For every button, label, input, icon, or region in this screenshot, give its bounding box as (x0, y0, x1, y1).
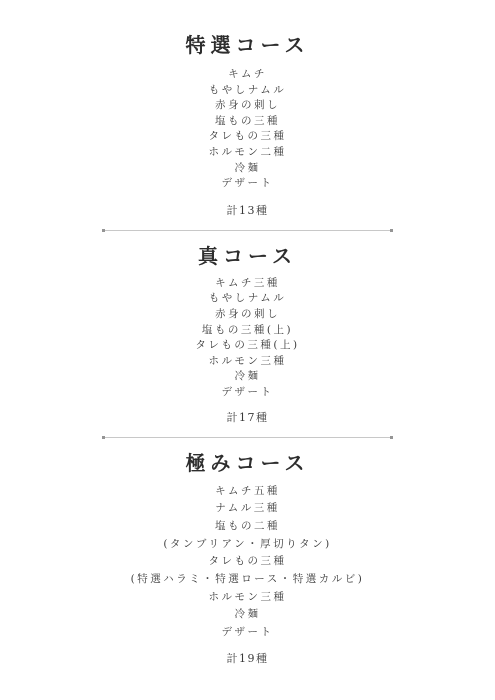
menu-item: 塩もの三種 (0, 114, 495, 130)
course-section-kiwami: 極みコース キムチ五種 ナムル三種 塩もの二種 (タンブリアン・厚切りタン) タ… (0, 451, 495, 666)
menu-page: 特選コース キムチ もやしナムル 赤身の刺し 塩もの三種 タレもの三種 ホルモン… (0, 0, 495, 700)
section-divider (103, 230, 392, 231)
menu-item: もやしナムル (0, 83, 495, 99)
menu-item: デザート (0, 624, 495, 642)
menu-item: 塩もの三種(上) (0, 323, 495, 339)
menu-item: 赤身の刺し (0, 98, 495, 114)
menu-item: 塩もの二種 (0, 518, 495, 536)
menu-item: タレもの三種(上) (0, 338, 495, 354)
menu-item: キムチ (0, 67, 495, 83)
course-total: 計19種 (0, 652, 495, 666)
menu-item: 冷麺 (0, 606, 495, 624)
course-total: 計17種 (0, 411, 495, 425)
menu-item: 冷麺 (0, 369, 495, 385)
menu-item: (タンブリアン・厚切りタン) (0, 536, 495, 554)
course-item-list: キムチ もやしナムル 赤身の刺し 塩もの三種 タレもの三種 ホルモン二種 冷麺 … (0, 67, 495, 192)
course-title: 特選コース (0, 0, 495, 57)
menu-item: タレもの三種 (0, 129, 495, 145)
menu-item: 赤身の刺し (0, 307, 495, 323)
course-item-list: キムチ五種 ナムル三種 塩もの二種 (タンブリアン・厚切りタン) タレもの三種 … (0, 483, 495, 642)
course-section-shin: 真コース キムチ三種 もやしナムル 赤身の刺し 塩もの三種(上) タレもの三種(… (0, 244, 495, 425)
course-section-tokusen: 特選コース キムチ もやしナムル 赤身の刺し 塩もの三種 タレもの三種 ホルモン… (0, 0, 495, 218)
course-title: 真コース (0, 244, 495, 268)
course-item-list: キムチ三種 もやしナムル 赤身の刺し 塩もの三種(上) タレもの三種(上) ホル… (0, 276, 495, 401)
course-title: 極みコース (0, 451, 495, 475)
course-total: 計13種 (0, 204, 495, 218)
menu-item: ホルモン三種 (0, 354, 495, 370)
section-divider (103, 437, 392, 438)
menu-item: ホルモン二種 (0, 145, 495, 161)
menu-item: キムチ三種 (0, 276, 495, 292)
menu-item: ホルモン三種 (0, 589, 495, 607)
menu-item: デザート (0, 176, 495, 192)
menu-item: タレもの三種 (0, 553, 495, 571)
menu-item: (特選ハラミ・特選ロース・特選カルビ) (0, 571, 495, 589)
menu-item: 冷麺 (0, 161, 495, 177)
menu-item: もやしナムル (0, 291, 495, 307)
menu-item: キムチ五種 (0, 483, 495, 501)
menu-item: ナムル三種 (0, 500, 495, 518)
menu-item: デザート (0, 385, 495, 401)
